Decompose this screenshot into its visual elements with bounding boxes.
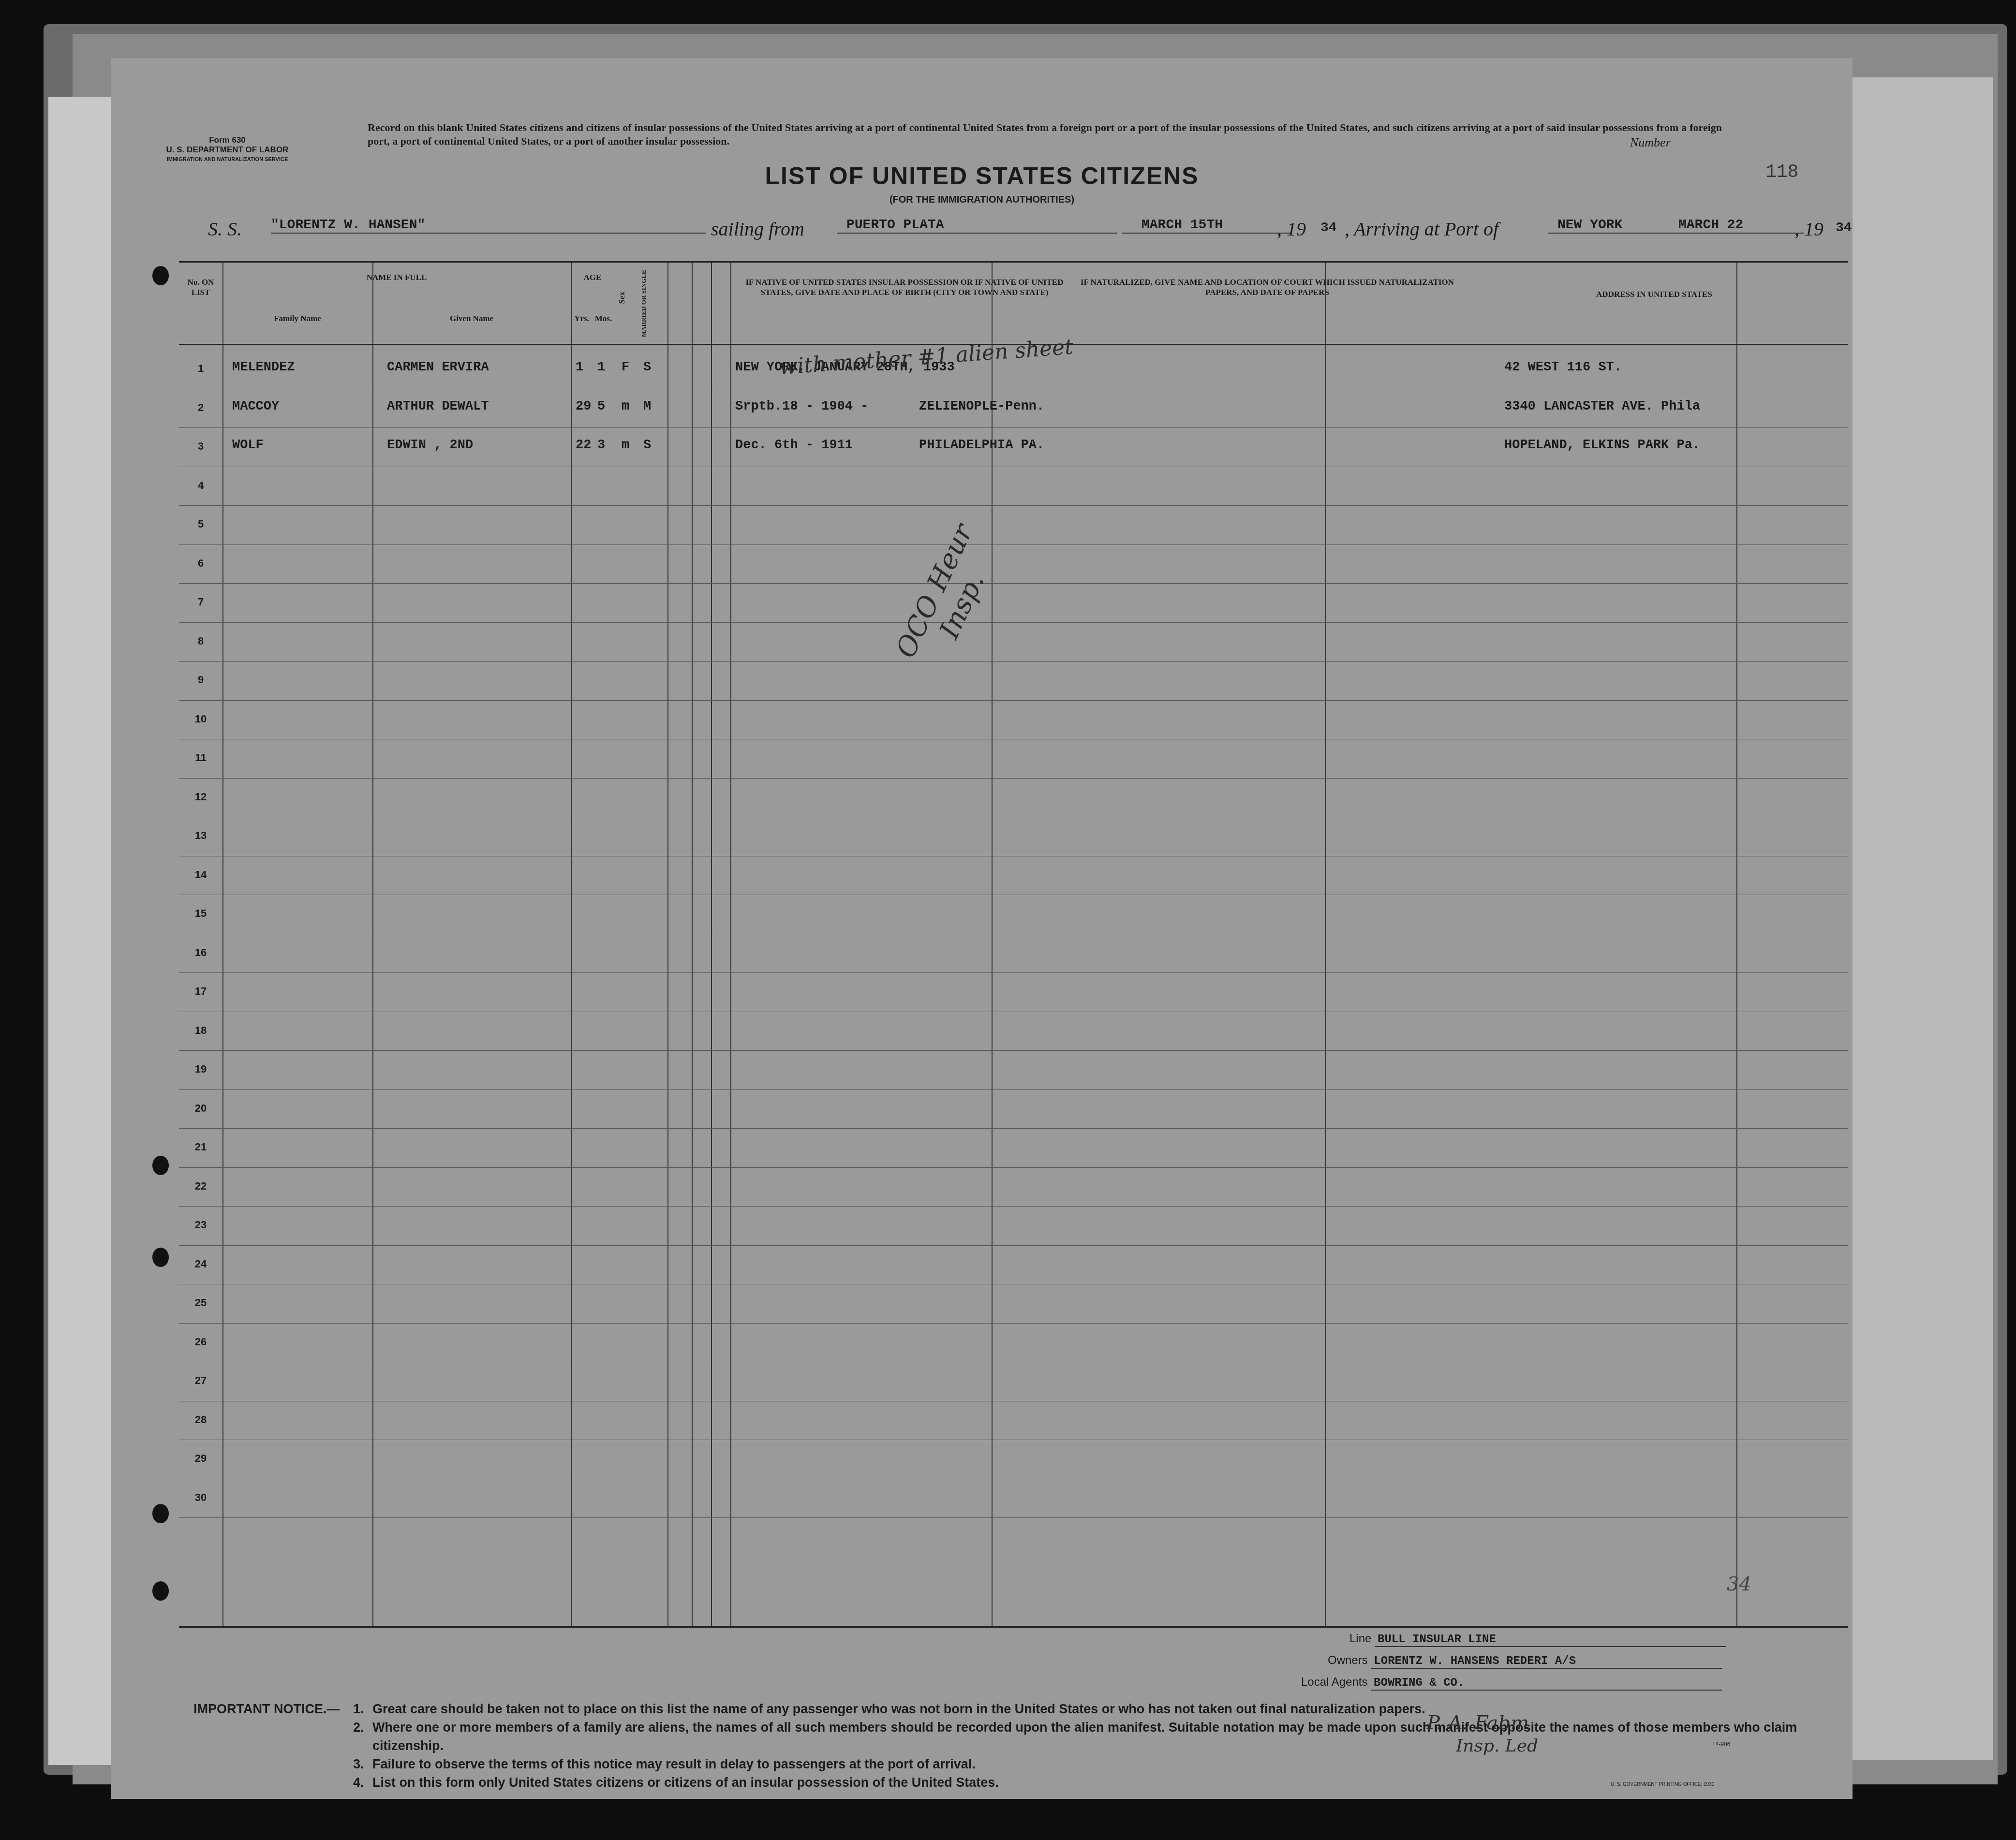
signature-title: Insp. Led	[1456, 1736, 1538, 1756]
row-number: 16	[179, 946, 222, 959]
col-age: AGE	[571, 272, 614, 282]
printer-line: U. S. GOVERNMENT PRINTING OFFICE: 1930	[1611, 1782, 1714, 1787]
cell-birth-date: Srptb.18 - 1904 -	[735, 399, 868, 414]
row-number: 1	[179, 362, 222, 375]
col-address: ADDRESS IN UNITED STATES	[1461, 289, 1848, 299]
row-divider	[179, 1517, 1848, 1518]
row-divider	[179, 389, 1848, 389]
row-divider	[179, 467, 1848, 467]
row-divider	[179, 934, 1848, 934]
form-number: Form 630	[145, 135, 310, 145]
voyage-line: S. S. "LORENTZ W. HANSEN" sailing from P…	[208, 218, 1843, 247]
line-field: Line BULL INSULAR LINE	[1349, 1632, 1726, 1647]
cell-birth-place: ZELIENOPLE-Penn.	[919, 399, 1044, 414]
signature: P. A. Fabm	[1427, 1712, 1529, 1734]
cell-family: MACCOY	[232, 399, 279, 414]
owners-value: LORENTZ W. HANSENS REDERI A/S	[1371, 1655, 1722, 1669]
row-divider	[179, 661, 1848, 662]
year-prefix-from: , 19	[1277, 218, 1306, 240]
row-number: 19	[179, 1063, 222, 1075]
col-sex: Sex	[617, 292, 636, 304]
cell-family: MELENDEZ	[232, 360, 295, 375]
row-number: 27	[179, 1374, 222, 1387]
cell-sex: m	[622, 399, 629, 414]
cell-given: EDWIN , 2ND	[387, 438, 473, 453]
row-number: 4	[179, 479, 222, 492]
cell-status: M	[643, 399, 651, 414]
row-divider	[179, 1167, 1848, 1168]
row-number: 25	[179, 1296, 222, 1309]
row-number: 30	[179, 1491, 222, 1504]
year-to: 34	[1836, 221, 1852, 236]
line-value: BULL INSULAR LINE	[1375, 1633, 1726, 1647]
page-subtitle: (FOR THE IMMIGRATION AUTHORITIES)	[111, 194, 1853, 206]
row-divider	[179, 856, 1848, 856]
cell-status: S	[643, 360, 651, 375]
year-prefix-to: , 19	[1794, 218, 1823, 240]
row-number: 6	[179, 557, 222, 570]
row-divider	[179, 1284, 1848, 1284]
cell-yrs: 22	[576, 438, 591, 453]
page-number: 34	[1727, 1573, 1751, 1595]
row-number: 12	[179, 791, 222, 803]
row-divider	[179, 427, 1848, 428]
passenger-table: No. ON LIST NAME IN FULL Family Name Giv…	[179, 261, 1848, 1628]
row-number: 29	[179, 1452, 222, 1465]
row-divider	[179, 778, 1848, 779]
cell-sex: F	[622, 360, 629, 375]
row-divider	[179, 1128, 1848, 1129]
row-number: 22	[179, 1180, 222, 1192]
row-number: 26	[179, 1336, 222, 1348]
cell-status: S	[643, 438, 651, 453]
row-number: 11	[179, 751, 222, 764]
date-from: MARCH 15TH	[1122, 218, 1291, 234]
row-divider	[179, 1362, 1848, 1362]
cell-address: 3340 LANCASTER AVE. Phila	[1504, 399, 1700, 414]
ship-name: "LORENTZ W. HANSEN"	[271, 218, 706, 234]
port-to: NEW YORK	[1548, 218, 1674, 234]
row-number: 23	[179, 1219, 222, 1231]
date-to: MARCH 22	[1669, 218, 1804, 234]
cell-birth-place: PHILADELPHIA PA.	[919, 438, 1044, 453]
row-number: 17	[179, 985, 222, 998]
citizen-list-form: Form 630 U. S. DEPARTMENT OF LABOR IMMIG…	[111, 58, 1853, 1799]
cell-address: 42 WEST 116 ST.	[1504, 360, 1622, 375]
col-naturalized: IF NATURALIZED, GIVE NAME AND LOCATION O…	[1079, 277, 1456, 297]
row-divider	[179, 545, 1848, 545]
row-number: 5	[179, 518, 222, 530]
year-from: 34	[1320, 221, 1337, 236]
cell-yrs: 1	[576, 360, 583, 375]
cell-family: WOLF	[232, 438, 264, 453]
form-id-block: Form 630 U. S. DEPARTMENT OF LABOR IMMIG…	[145, 135, 310, 164]
notice-2: Where one or more members of a family ar…	[372, 1720, 1797, 1753]
cell-address: HOPELAND, ELKINS PARK Pa.	[1504, 438, 1700, 453]
cell-sex: m	[622, 438, 629, 453]
number-label: Number	[1630, 135, 1671, 150]
col-birth: IF NATIVE OF UNITED STATES INSULAR POSSE…	[735, 277, 1074, 297]
row-divider	[179, 1479, 1848, 1479]
cell-mos: 1	[597, 360, 605, 375]
row-divider	[179, 817, 1848, 817]
row-number: 3	[179, 440, 222, 453]
row-divider	[179, 700, 1848, 701]
row-number: 15	[179, 907, 222, 920]
row-number: 8	[179, 635, 222, 648]
row-number: 20	[179, 1102, 222, 1115]
cell-given: CARMEN ERVIRA	[387, 360, 489, 375]
cell-birth-date: Dec. 6th - 1911	[735, 438, 853, 453]
row-divider	[179, 583, 1848, 584]
row-divider	[179, 739, 1848, 739]
agents-value: BOWRING & CO.	[1371, 1677, 1722, 1691]
row-number: 21	[179, 1141, 222, 1153]
left-binding-strip	[48, 97, 111, 1765]
cell-mos: 5	[597, 399, 605, 414]
cell-yrs: 29	[576, 399, 591, 414]
department: U. S. DEPARTMENT OF LABOR	[145, 145, 310, 155]
row-divider	[179, 1323, 1848, 1324]
col-given-name: Given Name	[372, 313, 571, 324]
row-divider	[179, 895, 1848, 895]
sailing-label: sailing from	[711, 218, 804, 240]
row-number: 14	[179, 868, 222, 881]
row-divider	[179, 1245, 1848, 1246]
col-name-in-full: NAME IN FULL	[222, 272, 571, 282]
row-divider	[179, 1440, 1848, 1440]
arriving-label: , Arriving at Port of	[1345, 218, 1498, 240]
row-divider	[179, 1050, 1848, 1051]
row-divider	[179, 1089, 1848, 1090]
row-divider	[179, 1012, 1848, 1012]
notice-4: List on this form only United States cit…	[372, 1775, 999, 1790]
col-yrs: Yrs.	[571, 313, 593, 324]
page-title: LIST OF UNITED STATES CITIZENS	[111, 162, 1853, 190]
cell-given: ARTHUR DEWALT	[387, 399, 489, 414]
right-adjacent-page	[1848, 77, 1993, 1760]
row-divider	[179, 622, 1848, 623]
row-number: 13	[179, 829, 222, 842]
row-divider	[179, 972, 1848, 973]
row-number: 7	[179, 596, 222, 608]
port-from: PUERTO PLATA	[837, 218, 1117, 234]
ss-label: S. S.	[208, 218, 242, 240]
col-no-on-list: No. ON LIST	[179, 277, 222, 297]
important-notice: IMPORTANT NOTICE.—1.Great care should be…	[193, 1700, 1848, 1792]
row-number: 9	[179, 674, 222, 686]
row-number: 2	[179, 401, 222, 414]
intro-text: Record on this blank United States citiz…	[368, 121, 1722, 148]
owners-field: Owners LORENTZ W. HANSENS REDERI A/S	[1328, 1654, 1722, 1669]
agents-field: Local Agents BOWRING & CO.	[1301, 1676, 1722, 1691]
notice-3: Failure to observe the terms of this not…	[372, 1757, 976, 1771]
col-married-single: MARRIED OR SINGLE	[638, 267, 658, 340]
row-number: 10	[179, 713, 222, 725]
row-number: 28	[179, 1413, 222, 1426]
col-mos: Mos.	[593, 313, 614, 324]
row-divider	[179, 1401, 1848, 1401]
col-family-name: Family Name	[222, 313, 372, 324]
cell-mos: 3	[597, 438, 605, 453]
row-divider	[179, 1206, 1848, 1207]
row-divider	[179, 505, 1848, 506]
footer-print-code: 14-906	[1712, 1741, 1730, 1748]
row-number: 24	[179, 1258, 222, 1270]
notice-1: Great care should be taken not to place …	[372, 1702, 1425, 1716]
row-number: 18	[179, 1024, 222, 1037]
